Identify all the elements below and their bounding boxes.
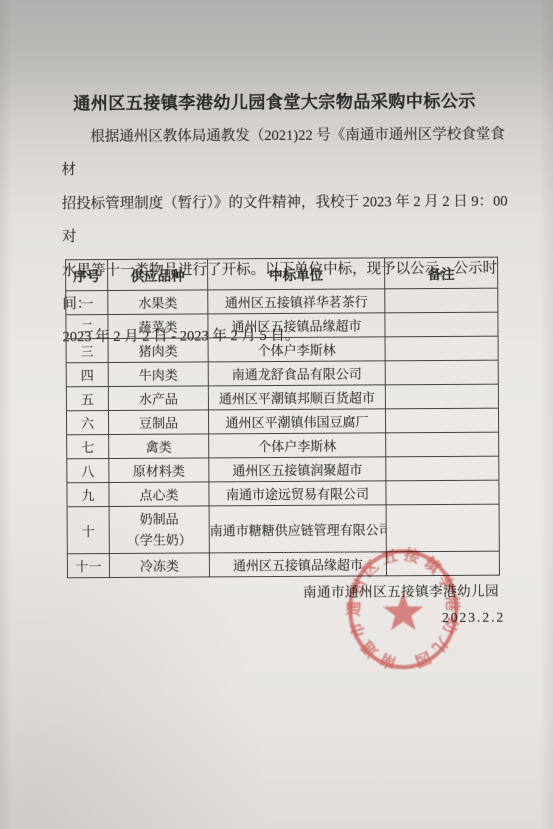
row-no: 一 [66, 291, 108, 315]
row-remark [385, 408, 498, 433]
row-winner: 南通市糖糖供应链管理有限公司 [209, 505, 386, 553]
intro-line: 招投标管理制度（暂行）》的文件精神，我校于 2023 年 2 月 2 日 9：0… [62, 185, 509, 255]
table-row: 四牛肉类南通龙舒食品有限公司 [66, 360, 498, 387]
table-header-row: 序号 供应品种 中标单位 备注 [66, 257, 498, 291]
row-no: 六 [66, 411, 108, 435]
row-winner: 南通市途远贸易有限公司 [209, 481, 386, 506]
row-category: 水产品 [108, 386, 208, 411]
row-winner: 个体户李斯林 [209, 433, 386, 458]
row-remark [385, 336, 498, 361]
header-winner: 中标单位 [208, 258, 385, 290]
table-row: 九点心类南通市途远贸易有限公司 [67, 480, 499, 507]
table-row: 一水果类通州区五接镇祥华茗茶行 [66, 288, 498, 315]
row-remark [386, 504, 499, 552]
row-category: 豆制品 [108, 410, 208, 435]
row-category: 蔬菜类 [108, 314, 208, 339]
row-category: 点心类 [109, 482, 209, 507]
row-remark [386, 432, 499, 457]
row-winner: 通州区平潮镇邦顺百货超市 [208, 385, 385, 410]
header-remark: 备注 [385, 257, 498, 289]
document-sheet: 通州区五接镇李港幼儿园食堂大宗物品采购中标公示 根据通州区教体局通教发（2021… [0, 0, 553, 829]
row-winner: 个体户李斯林 [208, 337, 385, 362]
row-winner: 南通龙舒食品有限公司 [208, 361, 385, 386]
row-remark [385, 288, 498, 313]
row-remark [386, 480, 499, 505]
row-no: 五 [66, 387, 108, 411]
row-remark [386, 551, 499, 576]
row-category: 禽类 [109, 434, 209, 459]
row-remark [385, 360, 498, 385]
row-winner: 通州区五接镇品缘超市 [209, 552, 386, 577]
page-title: 通州区五接镇李港幼儿园食堂大宗物品采购中标公示 [0, 86, 551, 114]
intro-line: 根据通州区教体局通教发（2021)22 号《南通市通州区学校食堂食材 [61, 119, 508, 189]
row-category: 奶制品（学生奶） [109, 506, 209, 554]
row-no: 二 [66, 315, 108, 339]
row-category: 冷冻类 [109, 553, 209, 578]
bid-results-table: 序号 供应品种 中标单位 备注 一水果类通州区五接镇祥华茗茶行二蔬菜类通州区五接… [65, 257, 500, 579]
table-row: 八原材料类通州区五接镇润聚超市 [67, 456, 499, 483]
table-row: 六豆制品通州区平潮镇伟国豆腐厂 [66, 408, 498, 435]
table-row: 十奶制品（学生奶）南通市糖糖供应链管理有限公司 [67, 504, 499, 554]
row-category: 猪肉类 [108, 338, 208, 363]
row-no: 十一 [67, 554, 109, 578]
row-no: 七 [67, 435, 109, 459]
row-remark [385, 312, 498, 337]
header-no: 序号 [66, 260, 108, 291]
row-category: 原材料类 [109, 458, 209, 483]
date: 2023.2.2 [442, 610, 505, 626]
table-row: 七禽类个体户李斯林 [67, 432, 499, 459]
table-row: 十一冷冻类通州区五接镇品缘超市 [67, 551, 499, 578]
row-winner: 通州区平潮镇伟国豆腐厂 [208, 409, 385, 434]
signature: 南通市通州区五接镇李港幼儿园 [303, 580, 499, 601]
table-row: 二蔬菜类通州区五接镇品缘超市 [66, 312, 498, 339]
header-category: 供应品种 [108, 259, 208, 291]
row-no: 四 [66, 363, 108, 387]
row-category: 水果类 [108, 290, 208, 315]
row-category: 牛肉类 [108, 362, 208, 387]
row-winner: 通州区五接镇祥华茗茶行 [208, 289, 385, 314]
row-no: 十 [67, 507, 109, 554]
table-rows: 一水果类通州区五接镇祥华茗茶行二蔬菜类通州区五接镇品缘超市三猪肉类个体户李斯林四… [66, 288, 500, 578]
row-remark [386, 456, 499, 481]
row-no: 三 [66, 339, 108, 363]
table-row: 三猪肉类个体户李斯林 [66, 336, 498, 363]
table-row: 五水产品通州区平潮镇邦顺百货超市 [66, 384, 498, 411]
photo-background: { "document": { "title": "通州区五接镇李港幼儿园食堂大… [0, 0, 553, 829]
row-winner: 通州区五接镇品缘超市 [208, 313, 385, 338]
row-no: 八 [67, 459, 109, 483]
row-no: 九 [67, 483, 109, 507]
row-remark [385, 384, 498, 409]
row-winner: 通州区五接镇润聚超市 [209, 457, 386, 482]
